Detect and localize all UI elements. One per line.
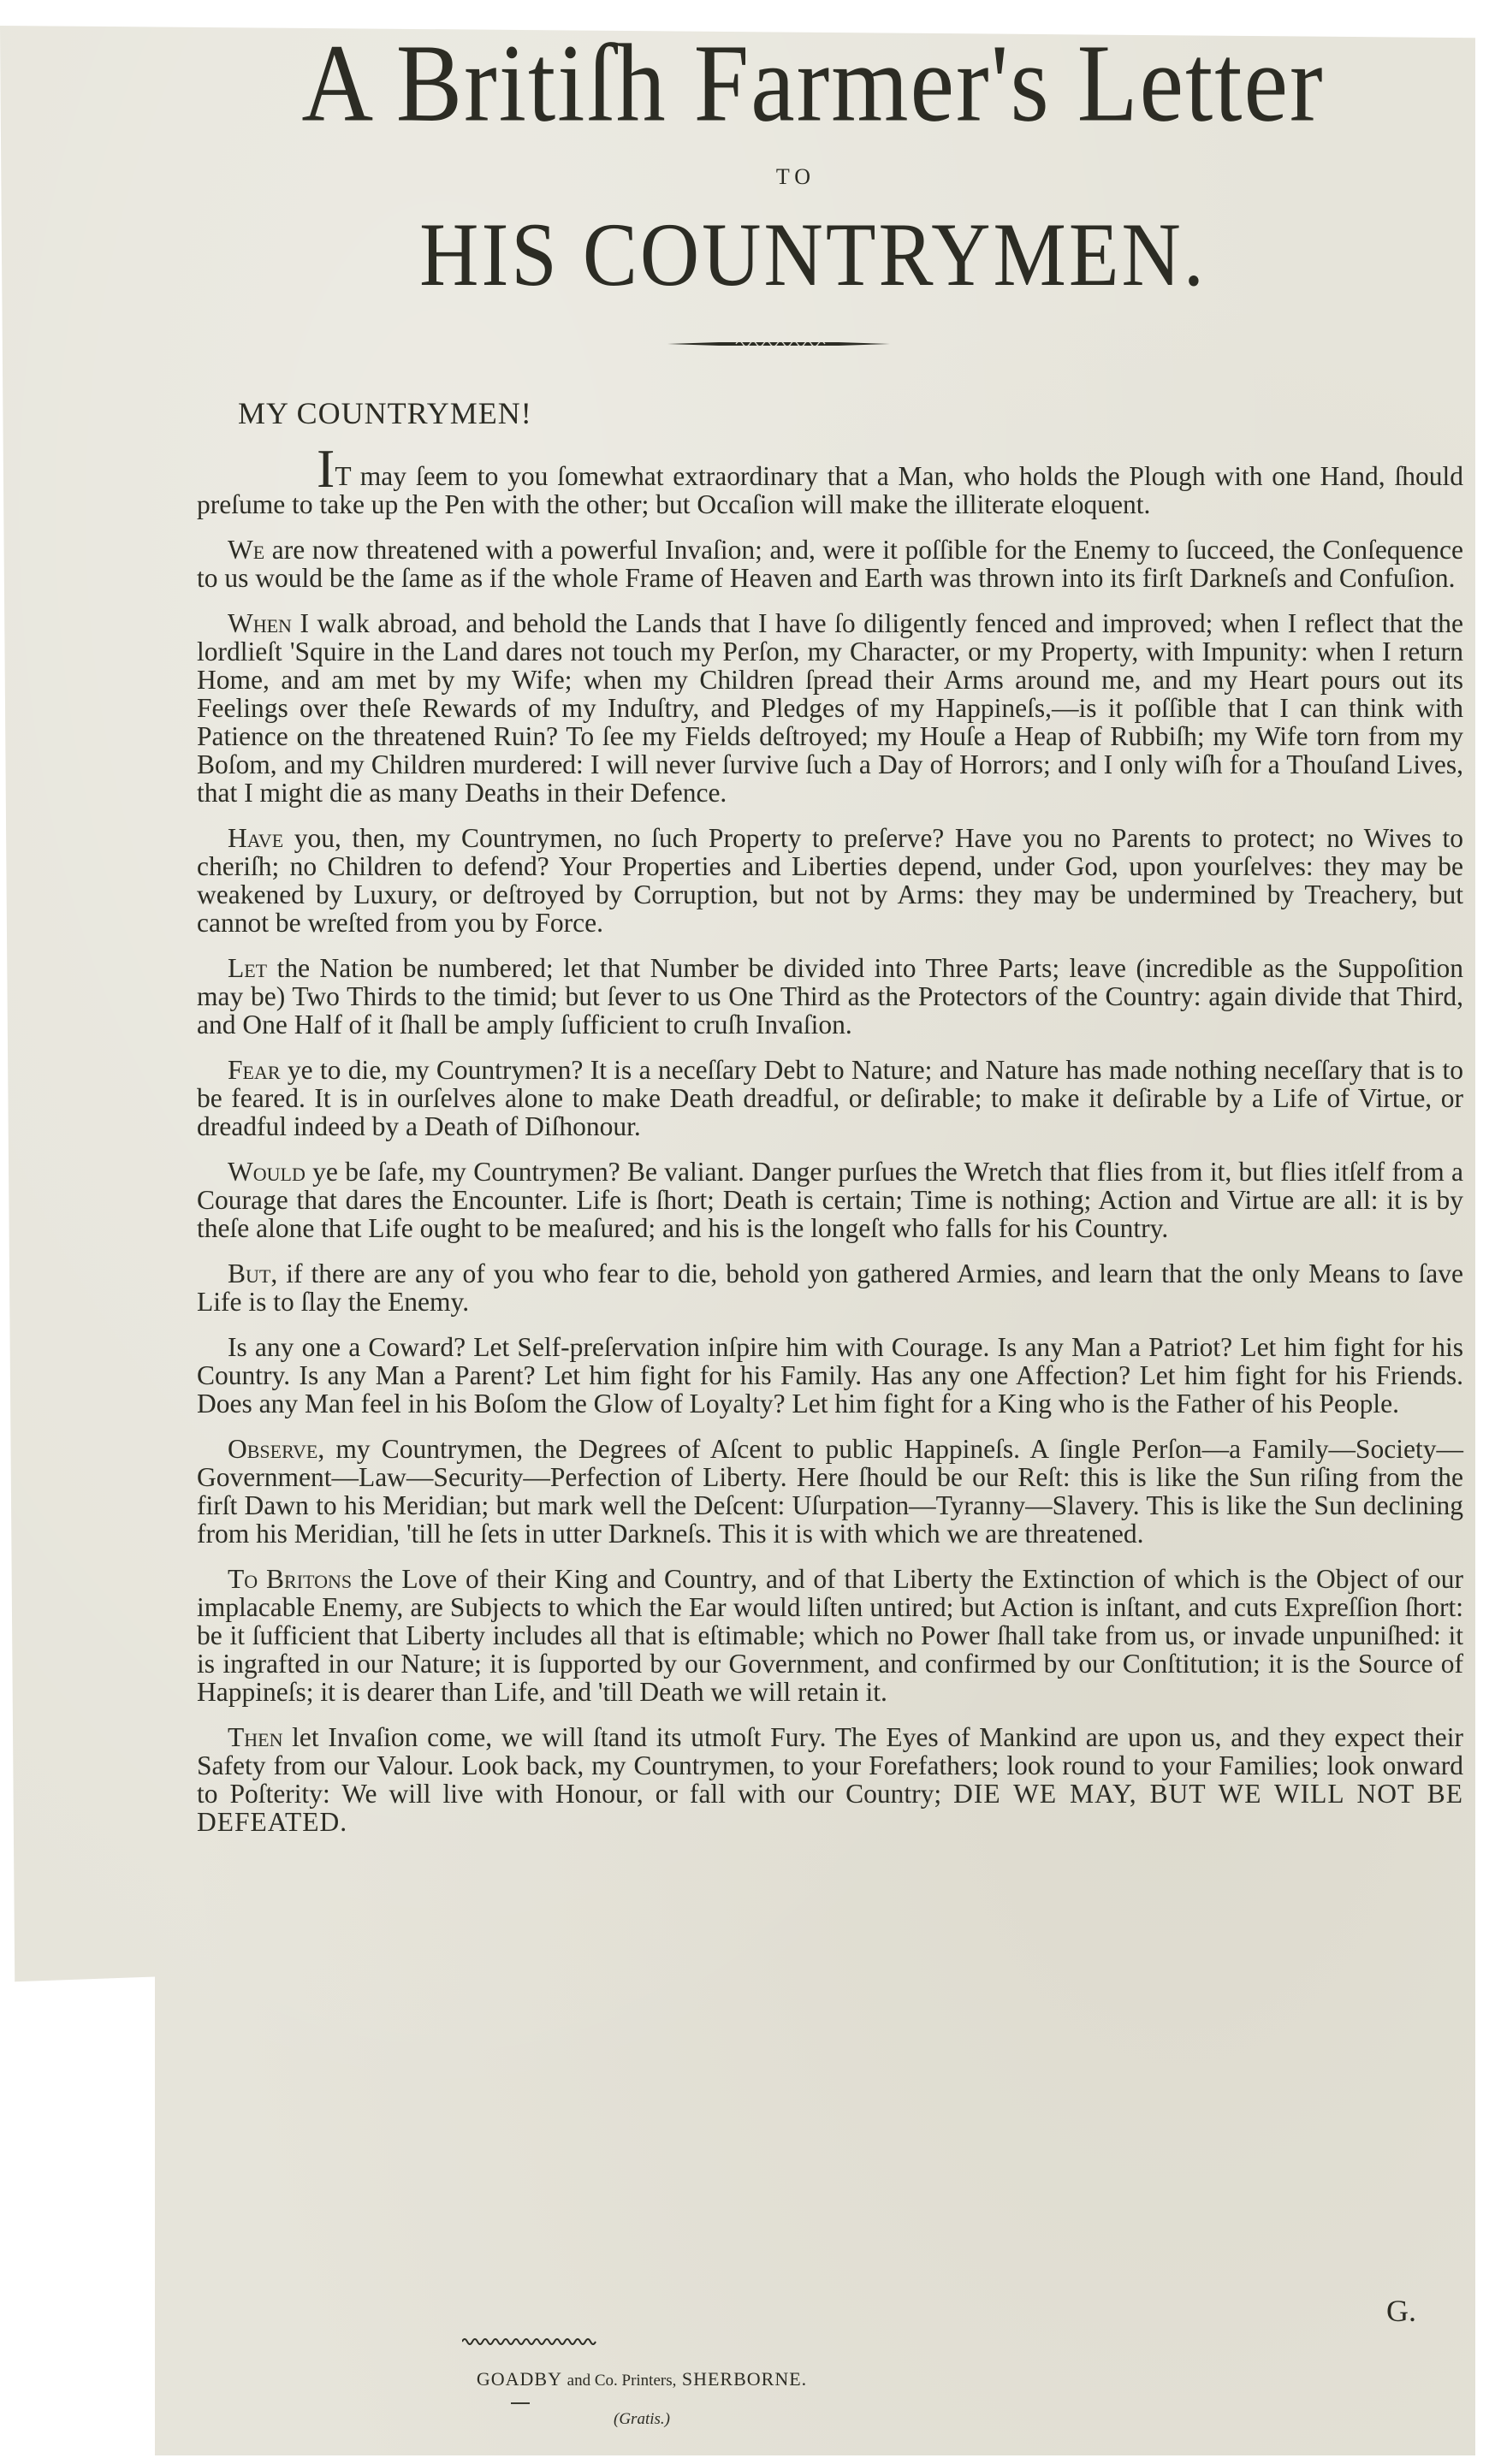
signature: G.: [1386, 2293, 1416, 2329]
paragraph: Is any one a Coward? Let Self-preſervati…: [197, 1333, 1463, 1418]
paragraph: Have you, then, my Countrymen, no ſuch P…: [197, 824, 1463, 937]
title-to: TO: [51, 164, 1489, 190]
paragraph: But, if there are any of you who fear to…: [197, 1259, 1463, 1316]
small-rule: [511, 2402, 530, 2404]
paragraph: To Britons the Love of their King and Co…: [197, 1565, 1463, 1706]
paragraph: Then let Invaſion come, we will ſtand it…: [197, 1723, 1463, 1836]
paragraph-lead: Have: [228, 823, 283, 853]
paragraph: Observe, my Countrymen, the Degrees of A…: [197, 1435, 1463, 1548]
paragraph: Let the Nation be numbered; let that Num…: [197, 954, 1463, 1039]
document-title: A Britiſh Farmer's Letter: [171, 28, 1455, 139]
paragraph-lead: To Britons: [228, 1564, 352, 1594]
paragraph: Would ye be ſafe, my Countrymen? Be vali…: [197, 1158, 1463, 1242]
paragraph-lead: Observe: [228, 1434, 317, 1464]
broadside: A Britiſh Farmer's Letter TO HIS COUNTRY…: [0, 0, 1489, 2464]
paragraph-lead: Then: [228, 1722, 282, 1752]
printer-imprint: GOADBY and Co. Printers, SHERBORNE.: [0, 2368, 1386, 2390]
paragraph: We are now threatened with a powerful In…: [197, 536, 1463, 592]
paragraph-lead: Fear: [228, 1055, 281, 1085]
paragraph: When I walk abroad, and behold the Lands…: [197, 609, 1463, 807]
paragraph-lead: But: [228, 1259, 270, 1288]
paragraph-lead: When: [228, 608, 292, 638]
letter-body: IT may ſeem to you ſomewhat extraordinar…: [197, 445, 1463, 1853]
swirl-rule-ornament-icon: [667, 339, 890, 349]
paragraph: Fear ye to die, my Countrymen? It is a n…: [197, 1056, 1463, 1140]
paragraph: IT may ſeem to you ſomewhat extraordinar…: [197, 462, 1463, 518]
document-subtitle: HIS COUNTRYMEN.: [68, 210, 1489, 300]
paragraph-lead: Let: [228, 953, 267, 983]
salutation: MY COUNTRYMEN!: [238, 395, 532, 431]
wavy-rule-ornament-icon: [462, 2336, 599, 2348]
paragraph-lead: We: [228, 535, 264, 565]
gratis-note: (Gratis.): [0, 2410, 1386, 2429]
paragraph-lead: Would: [228, 1157, 306, 1187]
